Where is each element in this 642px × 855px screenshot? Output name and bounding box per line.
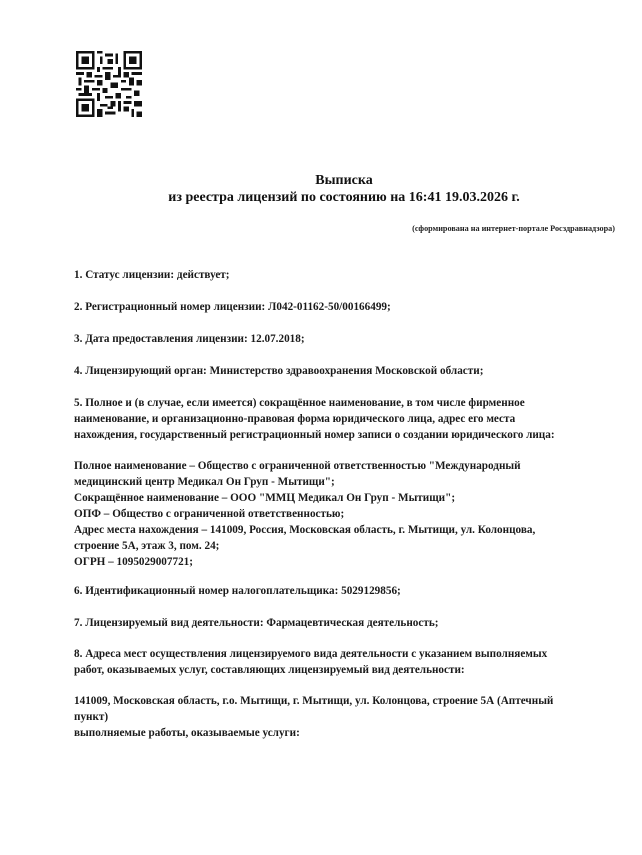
item-inn: 6. Идентификационный номер налогоплатель… — [74, 583, 614, 599]
ogrn-line: ОГРН – 1095029007721; — [74, 554, 614, 570]
document-subtitle: из реестра лицензий по состоянию на 16:4… — [23, 190, 642, 206]
text-line: 5. Полное и (в случае, если имеется) сок… — [74, 395, 614, 411]
text-line: наименование, и организационно-правовая … — [74, 411, 614, 427]
text-line: нахождения, государственный регистрацион… — [74, 427, 614, 443]
services-label: выполняемые работы, оказываемые услуги: — [74, 725, 614, 741]
short-name-line: Сокращённое наименование – ООО "ММЦ Меди… — [74, 490, 614, 506]
item-registration-number: 2. Регистрационный номер лицензии: Л042-… — [74, 299, 614, 315]
address-line: пункт) — [74, 709, 614, 725]
text-line: работ, оказываемых услуг, составляющих л… — [74, 662, 614, 678]
item-activity-addresses: 8. Адреса мест осуществления лицензируем… — [74, 646, 614, 678]
legal-form-line: ОПФ – Общество с ограниченной ответствен… — [74, 506, 614, 522]
qr-code-icon — [76, 51, 142, 117]
item-activity-type: 7. Лицензируемый вид деятельности: Фарма… — [74, 615, 614, 631]
activity-address-details: 141009, Московская область, г.о. Мытищи,… — [74, 693, 614, 741]
item-organization-heading: 5. Полное и (в случае, если имеется) сок… — [74, 395, 614, 443]
address-line: Адрес места нахождения – 141009, Россия,… — [74, 522, 614, 538]
item-issue-date: 3. Дата предоставления лицензии: 12.07.2… — [74, 331, 614, 347]
item-license-status: 1. Статус лицензии: действует; — [74, 267, 614, 283]
source-note: (сформирована на интернет-портале Росздр… — [412, 224, 615, 233]
address-line: строение 5А, этаж 3, пом. 24; — [74, 538, 614, 554]
organization-details: Полное наименование – Общество с огранич… — [74, 458, 614, 570]
address-line: 141009, Московская область, г.о. Мытищи,… — [74, 693, 614, 709]
document-title: Выписка — [23, 173, 642, 189]
full-name-line: медицинский центр Медикал Он Груп - Мыти… — [74, 474, 614, 490]
full-name-line: Полное наименование – Общество с огранич… — [74, 458, 614, 474]
item-licensing-authority: 4. Лицензирующий орган: Министерство здр… — [74, 363, 614, 379]
text-line: 8. Адреса мест осуществления лицензируем… — [74, 646, 614, 662]
